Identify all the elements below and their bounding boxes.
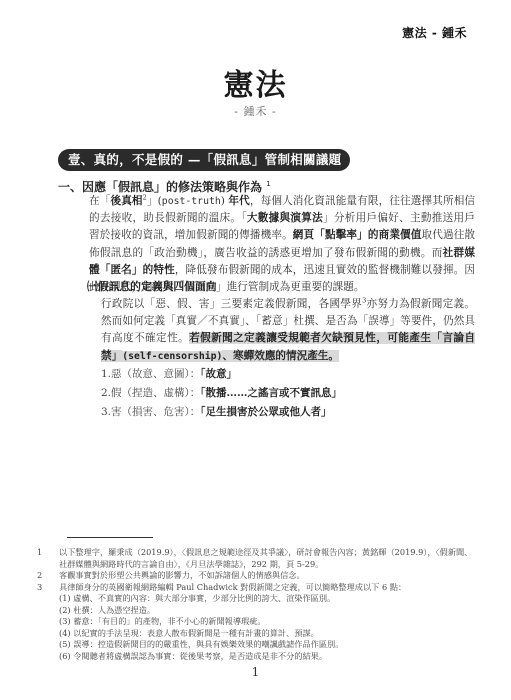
list-quote: 「故意」 (200, 368, 237, 380)
paragraph-definition: 行政院以「惡、假、害」三要素定義假新聞，各國學界3亦努力為假新聞定義。然而如何定… (101, 296, 475, 365)
footnote-ref: 1 (266, 180, 270, 188)
running-header: 憲法 - 鍾禾 (402, 24, 467, 41)
english-term: post-truth (162, 196, 221, 207)
footnote-text: 以下整理字，羅秉成（2019.9），〈假訊息之規範途徑及其爭議〉，研討會報告內容… (59, 547, 477, 570)
footnotes: 1以下整理字，羅秉成（2019.9），〈假訊息之規範途徑及其爭議〉，研討會報告內… (37, 547, 477, 662)
author-line: - 鍾禾 - (0, 103, 511, 119)
footnote-subitem: (2) 杜撰：人為憑空捏造。 (59, 605, 477, 617)
bold-term: 後真相 (110, 195, 142, 207)
list-item: 2.假（捏造、虛構）：「散播……之謠言或不實訊息」 (101, 384, 342, 403)
sub-heading-definition: ㈠假訊息的定義與四個面向 (87, 279, 217, 294)
list-item: 1.惡（故意、意圖）：「故意」 (101, 365, 342, 384)
text: 行政院以「惡、假、害」三要素定義假新聞，各國學界 (101, 298, 362, 310)
footnote-number: 2 (37, 570, 59, 582)
list-item: 3.害（損害、危害）：「足生損害於公眾或他人者」 (101, 403, 342, 422)
footnote-lead: 具律師身分的英國衛報網路編輯 Paul Chadwick 對假新聞之定義，可以簡… (59, 582, 406, 592)
footnote-subitem: (1) 虛構、不真實的內容：與大部分事實，少部分比例的誇大、渲染作區別。 (59, 593, 477, 605)
footnote-number: 1 (37, 547, 59, 570)
footnote-subitem: (6) 令閱聽者將虛構誤認為事實：從後果考察，是否造成是非不分的結果。 (59, 651, 477, 663)
page-number: 1 (0, 665, 511, 679)
footnote: 3具律師身分的英國衛報網路編輯 Paul Chadwick 對假新聞之定義，可以… (37, 582, 477, 663)
footnote: 2客觀事實對於形塑公共輿論的影響力，不如訴諸個人的情感與信念。 (37, 570, 477, 582)
footnote-text: 具律師身分的英國衛報網路編輯 Paul Chadwick 對假新聞之定義，可以簡… (59, 582, 477, 663)
highlighted-text: 、寒蟬效應的情況產生。 (222, 350, 339, 362)
footnote-subitem: (3) 蓄意：「有目的」的產物，非不小心的新聞報導瑕疵。 (59, 616, 477, 628)
subsection-label: 一、因應「假訊息」的修法策略與作為 (58, 180, 262, 194)
section-banner: 壹、真的，不是假的 —「假訊息」管制相關議題 (58, 149, 350, 171)
list-label: 2.假（捏造、虛構）： (101, 387, 200, 399)
list-label: 3.害（損害、危害）： (101, 406, 200, 418)
highlighted-english-term: (self-censorship) (122, 351, 222, 362)
footnote: 1以下整理字，羅秉成（2019.9），〈假訊息之規範途徑及其爭議〉，研討會報告內… (37, 547, 477, 570)
footnote-text: 客觀事實對於形塑公共輿論的影響力，不如訴諸個人的情感與信念。 (59, 570, 477, 582)
list-quote: 「足生損害於公眾或他人者」 (200, 406, 331, 418)
page-title: 憲法 (0, 60, 511, 104)
list-label: 1.惡（故意、意圖）： (101, 368, 200, 380)
text: 在「 (89, 195, 110, 207)
footnote-number: 3 (37, 582, 59, 663)
text: 」( (147, 195, 162, 207)
elements-list: 1.惡（故意、意圖）：「故意」 2.假（捏造、虛構）：「散播……之謠言或不實訊息… (101, 365, 342, 422)
bold-term: 大數據與演算法 (247, 212, 323, 224)
footnote-subitem: (4) 以紀實的手法呈現：表意人散布假新聞是一種有計畫的算計、預謀。 (59, 628, 477, 640)
bold-term: 年代 (228, 195, 249, 207)
footnote-subitem: (5) 誤導：控造假新聞目的的嚴重性，與具有娛樂效果的嘲諷戲謔作品作區別。 (59, 639, 477, 651)
list-quote: 「散播……之謠言或不實訊息」 (200, 387, 342, 399)
bold-term: 網頁「點擊率」的商業價值 (293, 229, 422, 241)
footnote-divider (67, 537, 153, 538)
